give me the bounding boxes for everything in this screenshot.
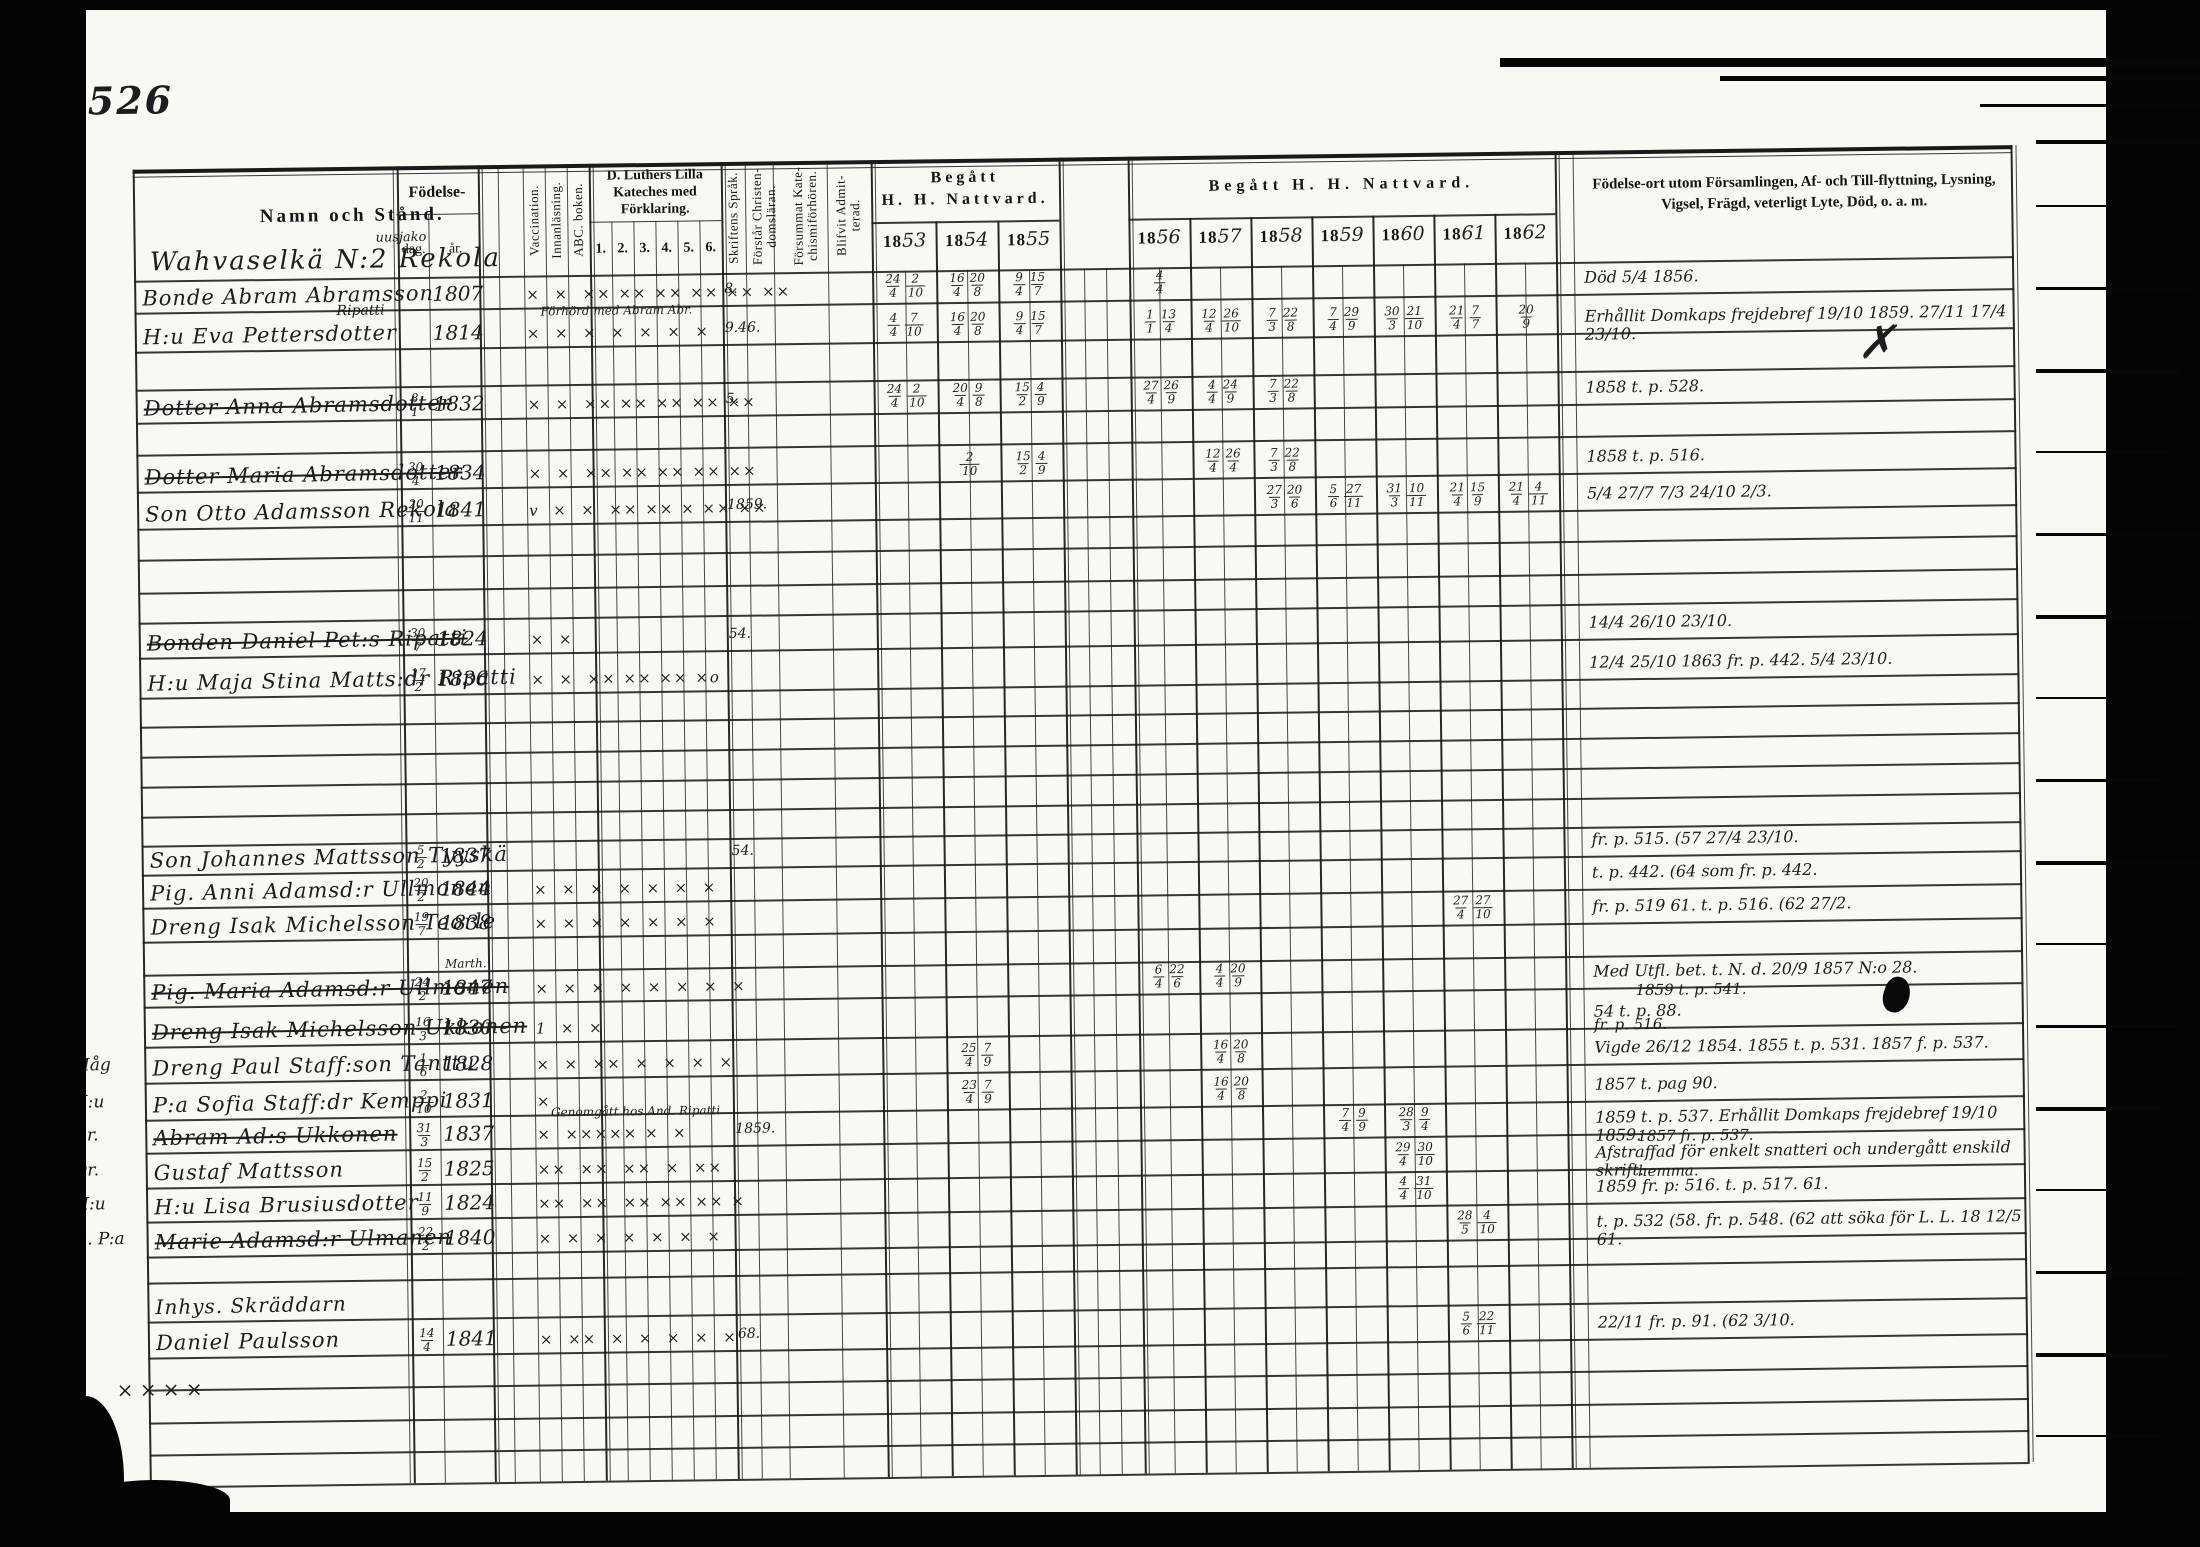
row-note: 14/4 26/10 23/10. bbox=[1589, 608, 2019, 632]
missed-line2: chismiförhören. bbox=[804, 171, 820, 261]
row-name: P:a Sofia Staff:dr Kemppi bbox=[153, 1088, 448, 1118]
communion-date: 144 bbox=[419, 1327, 435, 1353]
communion-date: 172 bbox=[411, 667, 427, 693]
communion-date: 44 bbox=[1154, 269, 1166, 295]
scan-streak bbox=[1720, 76, 2200, 81]
communion-year-entry: 2742710 bbox=[1439, 894, 1507, 921]
year-written: 62 bbox=[1522, 221, 1546, 243]
communion-date: 304 bbox=[408, 461, 424, 487]
communion-date: 214 bbox=[1449, 304, 1465, 330]
communion-date: 210 bbox=[907, 382, 927, 408]
communion-date: 164 bbox=[949, 272, 965, 298]
communion-date: 206 bbox=[1287, 483, 1303, 509]
scanned-parish-register-page: 526 Namn och Stånd. Födelse- dag. år. Va… bbox=[0, 0, 2200, 1547]
scan-streak bbox=[2036, 1435, 2161, 1437]
year-written: 61 bbox=[1461, 222, 1485, 244]
communion-date: 273 bbox=[1267, 484, 1283, 510]
communion-date: 208 bbox=[1234, 1075, 1250, 1101]
communion-year-entry: 164208 bbox=[1197, 1038, 1265, 1065]
communion-date: 197 bbox=[414, 911, 430, 937]
communion-date: 81 bbox=[409, 392, 421, 418]
communion-date: 152 bbox=[417, 1157, 433, 1183]
communion-date: 228 bbox=[1283, 307, 1299, 333]
row-admitted-mark: 54. bbox=[732, 843, 754, 859]
communion-year-label: 1858 bbox=[1250, 224, 1312, 247]
row-exam-marks: × × bbox=[531, 630, 574, 649]
column-header-admitted: Blifvit Admit- terad. bbox=[833, 150, 863, 280]
village-title-annotation: uusjako bbox=[375, 230, 426, 246]
communion-date: 159 bbox=[1470, 481, 1486, 507]
column-header-vaccination: Vaccination. bbox=[526, 160, 544, 280]
communion-date: 119 bbox=[417, 1191, 433, 1217]
communion-year-entry: 44209 bbox=[1196, 962, 1264, 989]
communion-date: 134 bbox=[1161, 308, 1177, 334]
scan-streak bbox=[1980, 104, 2200, 107]
grid-vline bbox=[997, 220, 1015, 1475]
catechism-col-number: 3. bbox=[635, 241, 655, 257]
row-birth-day: 2011 bbox=[401, 495, 431, 525]
communion-year-entry: 3032110 bbox=[1370, 305, 1438, 332]
row-exam-marks: × × × × × × × bbox=[539, 1227, 722, 1247]
row-exam-marks: × × ×× ×× ×× ×× ×× ×× bbox=[526, 282, 791, 303]
grid-vline bbox=[1059, 158, 1078, 1475]
communion-year-entry: 244210 bbox=[872, 382, 940, 409]
grid-vline bbox=[1342, 265, 1359, 1471]
communion-date: 249 bbox=[1223, 378, 1239, 404]
communion-date: 234 bbox=[962, 1079, 978, 1105]
row-birth-day: 307 bbox=[403, 624, 433, 654]
column-header-communion-2: Begått H. H. Nattvard. bbox=[1128, 173, 1555, 197]
communion-date: 1011 bbox=[1407, 482, 1427, 508]
row-note: Död 5/4 1856. bbox=[1584, 263, 2014, 287]
communion-date: 2711 bbox=[1344, 483, 1364, 509]
communion-year-entry: 73228 bbox=[1248, 306, 1316, 333]
communion-year-label: 1854 bbox=[935, 228, 997, 251]
communion-year-entry: 1242610 bbox=[1187, 307, 1255, 334]
admitted-line2: terad. bbox=[847, 199, 862, 231]
row-name: Bonde Abram Abramsson bbox=[142, 281, 434, 311]
communion-date: 244 bbox=[885, 273, 901, 299]
communion-date: 49 bbox=[1036, 450, 1048, 476]
grid-hline bbox=[150, 1462, 2030, 1489]
grid-hline bbox=[140, 732, 2020, 759]
row-birth-day: 172 bbox=[403, 664, 433, 694]
scan-streak bbox=[2036, 1271, 2187, 1274]
communion-year-entry: 28394 bbox=[1381, 1106, 1449, 1133]
grid-hline bbox=[141, 762, 2021, 789]
row-exam-marks: × ××××× × × bbox=[537, 1124, 688, 1144]
row-note: 1857 t. pag 90. bbox=[1595, 1070, 2025, 1094]
row-birth-day: 304 bbox=[400, 458, 430, 488]
understands-line2: domsläran. bbox=[763, 185, 779, 248]
communion-date: 2211 bbox=[1477, 1310, 1497, 1336]
grid-vline bbox=[478, 165, 497, 1482]
year-printed: 18 bbox=[1137, 228, 1156, 247]
communion-date: 269 bbox=[1163, 379, 1179, 405]
row-exam-marks: × bbox=[537, 1092, 552, 1110]
row-note: t. p. 442. (64 som fr. p. 442. bbox=[1592, 858, 2022, 882]
row-exam-marks: × ×× × × × × × bbox=[540, 1328, 738, 1349]
communion-year-entry: 44 bbox=[1126, 269, 1194, 296]
year-printed: 18 bbox=[1381, 225, 1400, 244]
scan-edge-right bbox=[2106, 0, 2200, 1547]
row-margin-mark: H:u bbox=[84, 1092, 104, 1112]
communion-date: 3010 bbox=[1415, 1141, 1435, 1167]
scan-streak bbox=[2036, 943, 2189, 945]
row-note: fr. p. 519 61. t. p. 516. (62 27/2. bbox=[1592, 892, 2022, 916]
grid-vline bbox=[1063, 158, 1081, 1475]
grid-vline bbox=[1311, 216, 1329, 1471]
grid-hline bbox=[138, 568, 2018, 595]
communion-date: 285 bbox=[1457, 1209, 1473, 1235]
year-printed: 18 bbox=[1442, 224, 1461, 243]
row-note: Erhållit Domkaps frejdebref 19/10 1859. … bbox=[1585, 302, 2015, 344]
communion-date: 164 bbox=[950, 311, 966, 337]
communion-date: 210 bbox=[906, 272, 926, 298]
communion-date: 204 bbox=[953, 382, 969, 408]
row-exam-marks: × × ×× ×× ×× ×× ×× bbox=[529, 462, 758, 483]
row-birth-year: 1847 bbox=[441, 975, 492, 1000]
scan-streak bbox=[2036, 1025, 2176, 1028]
scan-streak bbox=[2036, 1353, 2174, 1357]
row-note: 1858 t. p. 528. bbox=[1586, 373, 2016, 397]
grid-vline bbox=[1159, 267, 1176, 1473]
grid-vline bbox=[482, 165, 500, 1482]
communion-year-entry: 285410 bbox=[1443, 1209, 1511, 1236]
row-birth-day: 313 bbox=[409, 1119, 439, 1149]
catechism-col-number: 6. bbox=[701, 240, 721, 256]
communion-date: 56 bbox=[1327, 483, 1339, 509]
year-printed: 18 bbox=[883, 232, 902, 251]
row-exam-marks: × × × × × × × bbox=[527, 322, 710, 342]
scan-streak bbox=[2036, 615, 2191, 619]
grid-vline bbox=[773, 161, 791, 1478]
communion-date: 94 bbox=[1013, 271, 1025, 297]
communion-year-entry: 94157 bbox=[996, 310, 1064, 337]
catechism-line3: Förklaring. bbox=[621, 201, 690, 217]
grid-vline bbox=[871, 160, 890, 1477]
communion-date: 44 bbox=[1397, 1175, 1409, 1201]
row-exam-marks: × × ×× ×× ×× ×× ×× bbox=[528, 393, 757, 414]
communion-date: 3110 bbox=[1414, 1175, 1434, 1201]
grid-vline bbox=[875, 160, 893, 1477]
communion-year-label: 1856 bbox=[1128, 226, 1190, 249]
catechism-col-number: 2. bbox=[613, 241, 633, 257]
grid-hline bbox=[149, 1365, 2029, 1392]
communion-year-entry: 2943010 bbox=[1381, 1141, 1449, 1168]
stray-mark: × × × × bbox=[116, 1377, 202, 1402]
paper-sheet: 526 Namn och Stånd. Födelse- dag. år. Va… bbox=[84, 6, 2106, 1512]
communion-year-entry: 73228 bbox=[1249, 377, 1317, 404]
row-exam-marks: × × × × × × × bbox=[534, 912, 717, 932]
communion-date: 710 bbox=[904, 311, 924, 337]
communion-date: 313 bbox=[1387, 482, 1403, 508]
communion-date: 74 bbox=[1327, 306, 1339, 332]
communion-date: 164 bbox=[1213, 1076, 1229, 1102]
row-birth-year: 1844 bbox=[440, 876, 491, 901]
communion-date: 79 bbox=[982, 1079, 994, 1105]
row-exam-marks: ×× ×× ×× × ×× bbox=[538, 1158, 723, 1178]
row-catechism-note: Förhörd med Abram Abr. bbox=[540, 302, 692, 318]
scan-streak bbox=[1500, 58, 2200, 67]
communion-date: 52 bbox=[415, 844, 427, 870]
row-margin-mark: B. P:a bbox=[84, 1229, 125, 1250]
scan-streak bbox=[2036, 533, 2200, 536]
communion-date: 2610 bbox=[1222, 307, 1242, 333]
row-name: H:u Eva Pettersdotter bbox=[143, 321, 398, 350]
grid-vline bbox=[498, 165, 516, 1482]
communion-date: 410 bbox=[1477, 1209, 1497, 1235]
scan-streak bbox=[2036, 1107, 2163, 1111]
grid-vline bbox=[1250, 217, 1268, 1472]
row-birth-year: 1814 bbox=[433, 320, 484, 345]
grid-vline bbox=[1573, 151, 1591, 1468]
row-birth-year: 1841 bbox=[435, 497, 486, 522]
communion-date: 11 bbox=[1144, 308, 1156, 334]
scan-streak bbox=[2036, 287, 2193, 290]
row-exam-marks: × × × × × × × bbox=[534, 878, 717, 898]
communion-date: 210 bbox=[414, 1089, 434, 1115]
communion-date: 163 bbox=[415, 1016, 431, 1042]
row-admitted-mark: 54. bbox=[729, 626, 751, 642]
catechism-line2: Kateches med bbox=[613, 184, 697, 200]
communion-year-entry: 274269 bbox=[1127, 379, 1195, 406]
communion-year-entry: 64226 bbox=[1135, 963, 1203, 990]
communion-date: 73 bbox=[1267, 378, 1279, 404]
row-birth-year: 1841 bbox=[446, 1326, 497, 1351]
communion-year-entry: 562211 bbox=[1444, 1310, 1512, 1337]
row-birth-day: 242 bbox=[407, 973, 437, 1003]
communion-date: 222 bbox=[418, 1226, 434, 1252]
communion-date: 49 bbox=[1035, 381, 1047, 407]
communion-date: 94 bbox=[1419, 1106, 1431, 1132]
year-printed: 18 bbox=[1198, 228, 1217, 247]
row-note: 12/4 25/10 1863 fr. p. 442. 5/4 23/10. bbox=[1589, 648, 2019, 672]
row-birth-year: 1838 bbox=[440, 910, 491, 935]
grid-vline bbox=[1403, 264, 1420, 1470]
communion-year-entry: 15249 bbox=[996, 381, 1064, 408]
row-admitted-mark: 8. bbox=[724, 281, 738, 297]
communion-year-entry: 7499 bbox=[1320, 1106, 1388, 1133]
year-printed: 18 bbox=[945, 231, 964, 250]
communion-date: 242 bbox=[415, 976, 431, 1002]
communion-date: 152 bbox=[1015, 381, 1031, 407]
communion-date: 307 bbox=[410, 627, 426, 653]
year-printed: 18 bbox=[1503, 224, 1522, 243]
notes-line1: Födelse-ort utom Församlingen, Af- och T… bbox=[1592, 171, 1995, 192]
page-number: 526 bbox=[87, 77, 173, 123]
communion-year-entry: 244210 bbox=[871, 272, 939, 299]
scan-streak bbox=[2036, 861, 2200, 865]
communion-date: 294 bbox=[1395, 1141, 1411, 1167]
row-birth-day: 202 bbox=[406, 874, 436, 904]
communion-year-entry: 73228 bbox=[1250, 446, 1318, 473]
grid-hline bbox=[149, 1430, 2029, 1457]
communion-date: 210 bbox=[960, 451, 980, 477]
row-birth-year: 1837 bbox=[443, 1121, 494, 1146]
grid-vline bbox=[1525, 263, 1542, 1469]
communion-date: 124 bbox=[1205, 448, 1221, 474]
row-margin-mark: Dr. bbox=[84, 1125, 99, 1145]
communion-year-label: 1860 bbox=[1372, 223, 1434, 246]
scan-streak bbox=[2036, 697, 2178, 699]
communion-date: 94 bbox=[1014, 310, 1026, 336]
row-birth-day: 144 bbox=[412, 1324, 442, 1354]
communion1-line2: H. H. Nattvard. bbox=[881, 190, 1048, 209]
row-birth-day: 163 bbox=[408, 1013, 438, 1043]
communion-year-entry: 20498 bbox=[934, 381, 1002, 408]
communion-date: 274 bbox=[1143, 379, 1159, 405]
communion-year-entry: 562711 bbox=[1311, 482, 1379, 509]
communion-date: 64 bbox=[1153, 963, 1165, 989]
grid-vline bbox=[827, 161, 845, 1478]
communion-year-entry: 209 bbox=[1492, 303, 1560, 330]
communion-date: 303 bbox=[1384, 305, 1400, 331]
communion-date: 299 bbox=[1344, 306, 1360, 332]
grid-vline bbox=[1464, 263, 1481, 1469]
row-margin-mark: Måg bbox=[84, 1055, 111, 1076]
scan-edge-top bbox=[0, 0, 2200, 10]
scan-streak bbox=[2036, 1189, 2200, 1191]
year-printed: 18 bbox=[1320, 226, 1339, 245]
communion-date: 208 bbox=[970, 272, 986, 298]
communion-date: 226 bbox=[1169, 963, 1185, 989]
scan-streak bbox=[2036, 140, 2200, 144]
communion-year-entry: 214159 bbox=[1433, 481, 1501, 508]
column-header-catechism: D. Luthers Lilla Kateches med Förklaring… bbox=[589, 166, 722, 219]
row-birth-year: 1837 bbox=[439, 843, 490, 868]
grid-vline bbox=[593, 164, 611, 1481]
communion-date: 56 bbox=[1460, 1310, 1472, 1336]
communion-year-entry: 210 bbox=[935, 450, 1003, 477]
grid-vline bbox=[1128, 157, 1147, 1474]
communion-year-label: 1861 bbox=[1433, 222, 1495, 245]
communion-date: 228 bbox=[1285, 447, 1301, 473]
stray-mark: ✗ bbox=[1857, 315, 1896, 369]
grid-vline bbox=[1189, 218, 1207, 1473]
grid-vline bbox=[545, 164, 563, 1481]
row-birth-year: 1807 bbox=[432, 281, 483, 306]
grid-vline bbox=[905, 271, 922, 1477]
row-birth-year-note: Marth. bbox=[445, 956, 487, 971]
grid-vline bbox=[2010, 145, 2029, 1462]
scan-streak bbox=[2036, 779, 2165, 782]
communion-date: 124 bbox=[1201, 308, 1217, 334]
communion-year-entry: 21477 bbox=[1431, 304, 1499, 331]
grid-hline bbox=[871, 220, 1059, 224]
grid-hline bbox=[1128, 213, 1555, 221]
grid-vline bbox=[1106, 268, 1123, 1474]
row-birth-year: 1834 bbox=[434, 460, 485, 485]
row-birth-day: 222 bbox=[410, 1223, 440, 1253]
column-header-name: Namn och Stånd. bbox=[207, 203, 497, 229]
grid-vline bbox=[397, 166, 416, 1483]
row-note: fr. p. 515. (57 27/4 23/10. bbox=[1591, 825, 2021, 849]
row-birth-year: 1825 bbox=[444, 1156, 495, 1181]
row-name: Inhys. Skräddarn bbox=[155, 1291, 347, 1319]
grid-vline bbox=[1084, 268, 1101, 1474]
row-note: Vigde 26/12 1854. 1855 t. p. 531. 1857 f… bbox=[1594, 1033, 2024, 1057]
row-name: H:u Lisa Brusiusdotter bbox=[154, 1190, 419, 1219]
row-admitted-mark: 68. bbox=[738, 1326, 760, 1342]
communion-year-entry: 25479 bbox=[943, 1041, 1011, 1068]
grid-vline bbox=[1132, 157, 1150, 1474]
row-birth-day: 152 bbox=[410, 1154, 440, 1184]
communion-date: 244 bbox=[887, 383, 903, 409]
communion1-line1: Begått bbox=[930, 168, 999, 186]
grid-vline bbox=[567, 164, 585, 1481]
row-exam-marks: ×× ×× ×× ×× ×× × bbox=[538, 1192, 746, 1213]
grid-hline bbox=[133, 145, 2013, 174]
communion-year-entry: 11134 bbox=[1126, 308, 1194, 335]
communion-date: 157 bbox=[1030, 310, 1046, 336]
grid-vline bbox=[523, 165, 541, 1482]
row-name: Abram Ad:s Ukkonen bbox=[153, 1122, 398, 1151]
grid-hline bbox=[138, 535, 2018, 562]
communion-year-label: 1855 bbox=[997, 228, 1059, 251]
scan-blotch-bottom-left-2 bbox=[80, 1480, 230, 1520]
village-title: Wahvaselkä N:2 Rekola bbox=[150, 243, 501, 278]
year-written: 57 bbox=[1217, 225, 1241, 247]
row-note: 1858 t. p. 516. bbox=[1586, 442, 2016, 466]
communion-year-entry: 124264 bbox=[1189, 447, 1257, 474]
year-written: 55 bbox=[1026, 228, 1050, 250]
column-header-birth: Födelse- bbox=[396, 183, 478, 202]
grid-hline bbox=[140, 702, 2020, 729]
row-note: 5/4 27/7 7/3 24/10 2/3. bbox=[1587, 479, 2017, 503]
row-admitted-mark: 9.46. bbox=[725, 320, 761, 336]
grid-vline bbox=[725, 162, 743, 1479]
row-margin-mark: H:u bbox=[84, 1194, 106, 1214]
row-note: Med Utfl. bet. t. N. d. 20/9 1857 N:o 28… bbox=[1593, 957, 2023, 981]
scan-edge-left bbox=[0, 0, 86, 1547]
row-birth-year: 1836 bbox=[437, 666, 488, 691]
communion-year-label: 1859 bbox=[1311, 224, 1373, 247]
communion-date: 283 bbox=[1399, 1106, 1415, 1132]
communion-year-label: 1857 bbox=[1189, 225, 1251, 248]
grid-vline bbox=[721, 162, 740, 1479]
grid-vline bbox=[589, 164, 608, 1481]
row-birth-day: 210 bbox=[409, 1086, 439, 1116]
communion-year-entry: 3131011 bbox=[1372, 482, 1440, 509]
year-written: 54 bbox=[964, 229, 988, 251]
catechism-col-number: 4. bbox=[657, 241, 677, 257]
row-catechism-note: Genomgått hos And. Ripatti bbox=[551, 1103, 720, 1119]
grid-vline bbox=[1559, 151, 1577, 1468]
grid-vline bbox=[1555, 151, 1574, 1468]
communion-year-label: 1862 bbox=[1494, 221, 1556, 244]
communion-date: 44 bbox=[1206, 379, 1218, 405]
communion-date: 208 bbox=[1233, 1038, 1249, 1064]
row-birth-year: 1831 bbox=[443, 1088, 494, 1113]
register-table: 526 Namn och Stånd. Födelse- dag. år. Va… bbox=[84, 6, 2106, 1512]
year-written: 58 bbox=[1278, 224, 1302, 246]
communion-year-entry: 443110 bbox=[1381, 1175, 1449, 1202]
communion-date: 208 bbox=[970, 311, 986, 337]
communion-year-entry: 15249 bbox=[997, 450, 1065, 477]
year-written: 59 bbox=[1339, 224, 1363, 246]
row-birth-year: 1828 bbox=[442, 1051, 493, 1076]
notes-line2: Vigsel, Frägd, veterligt Lyte, Död, o. a… bbox=[1661, 193, 1927, 212]
row-note: 1859 fr. p: 516. t. p. 517. 61. bbox=[1596, 1172, 2026, 1196]
communion-year-label: 1853 bbox=[873, 229, 935, 252]
communion-date: 74 bbox=[1339, 1107, 1351, 1133]
communion-date: 202 bbox=[413, 877, 429, 903]
grid-vline bbox=[935, 221, 953, 1476]
row-exam-marks: × × ×× ×× ×× ×o bbox=[531, 668, 721, 688]
communion-year-entry: 74299 bbox=[1309, 305, 1377, 332]
year-written: 53 bbox=[902, 229, 926, 251]
